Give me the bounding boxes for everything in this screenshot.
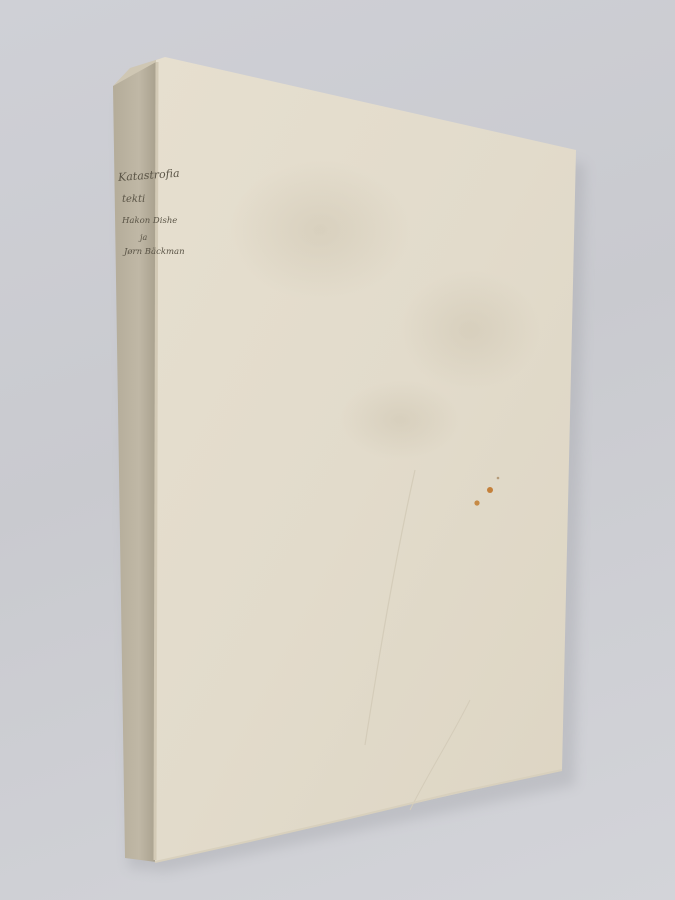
cover-blotch	[230, 160, 410, 300]
cover-stain	[474, 500, 479, 505]
spine-author-1: Hakon Dishe	[122, 217, 175, 226]
cover-stain	[497, 477, 500, 480]
cover-blotch	[340, 380, 460, 460]
book-illustration	[0, 0, 675, 900]
spine-title: Katastrofia	[118, 168, 176, 183]
spine-word: tekti	[122, 195, 175, 205]
photo-scene: Katastrofia tekti Hakon Dishe ja Jørn Bä…	[0, 0, 675, 900]
cover-stain	[487, 487, 493, 493]
spine-conjunction: ja	[140, 234, 175, 242]
cover-blotch	[400, 270, 540, 390]
spine-author-2: Jørn Bäckman	[124, 248, 175, 257]
spine-handwriting: Katastrofia tekti Hakon Dishe ja Jørn Bä…	[100, 170, 175, 256]
